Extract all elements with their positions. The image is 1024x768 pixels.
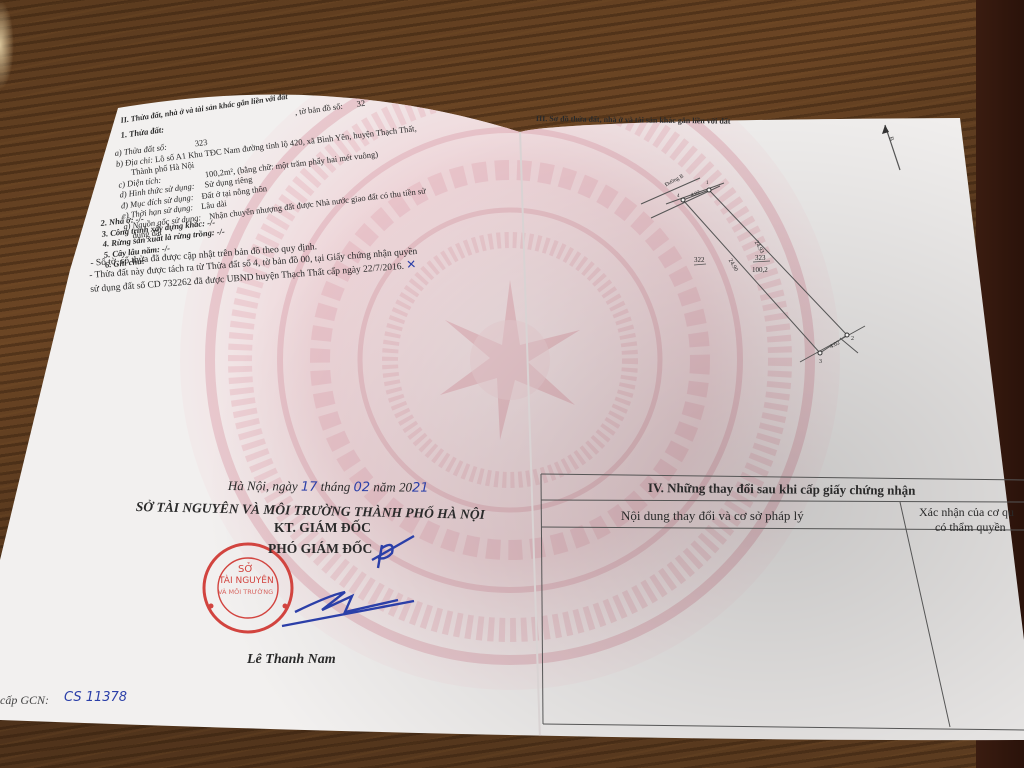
signer-title-2: PHÓ GIÁM ĐỐC: [268, 541, 372, 557]
date-month: 02: [353, 480, 370, 495]
stamp-text: VÀ MÔI TRƯỜNG: [218, 588, 273, 596]
neighbor-parcel-number: 322: [694, 256, 705, 264]
date-year-suffix: 21: [412, 481, 429, 496]
date-month-label: tháng: [321, 479, 351, 494]
vertex-label: 3: [819, 359, 822, 365]
signer-name: Lê Thanh Nam: [247, 652, 336, 668]
registry-number: CS 11378: [64, 690, 127, 705]
changes-column-confirmation: Xác nhận của cơ qu: [919, 505, 1014, 520]
note-handwritten-mark: ✕: [406, 257, 417, 272]
date-prefix: Hà Nội, ngày: [228, 478, 298, 494]
land-use-certificate: II. Thửa đất, nhà ở và tài sản khác gắn …: [0, 0, 1024, 768]
parcel-area: 100,2: [752, 266, 768, 274]
vertex-label: 1: [706, 181, 709, 186]
stamp-text: SỞ: [238, 564, 253, 575]
date-day: 17: [301, 480, 318, 495]
vertex-label: 4: [677, 194, 680, 199]
registry-label: cấp GCN:: [0, 693, 49, 708]
map-sheet-value: 32: [356, 98, 366, 109]
stamp-text: TÀI NGUYÊN: [219, 576, 274, 586]
signer-title-1: KT. GIÁM ĐỐC: [274, 520, 371, 536]
parcel-number: 323: [755, 254, 766, 262]
vertex-label: 2: [851, 336, 854, 342]
section-iv-heading: IV. Những thay đổi sau khi cấp giấy chứn…: [648, 480, 916, 499]
changes-column-confirmation-2: có thẩm quyền: [935, 520, 1006, 535]
issue-date: Hà Nội, ngày 17 tháng 02 năm 2021: [228, 478, 429, 496]
changes-column-content: Nội dung thay đổi và cơ sở pháp lý: [621, 508, 804, 524]
date-year-label: năm 20: [373, 479, 412, 494]
